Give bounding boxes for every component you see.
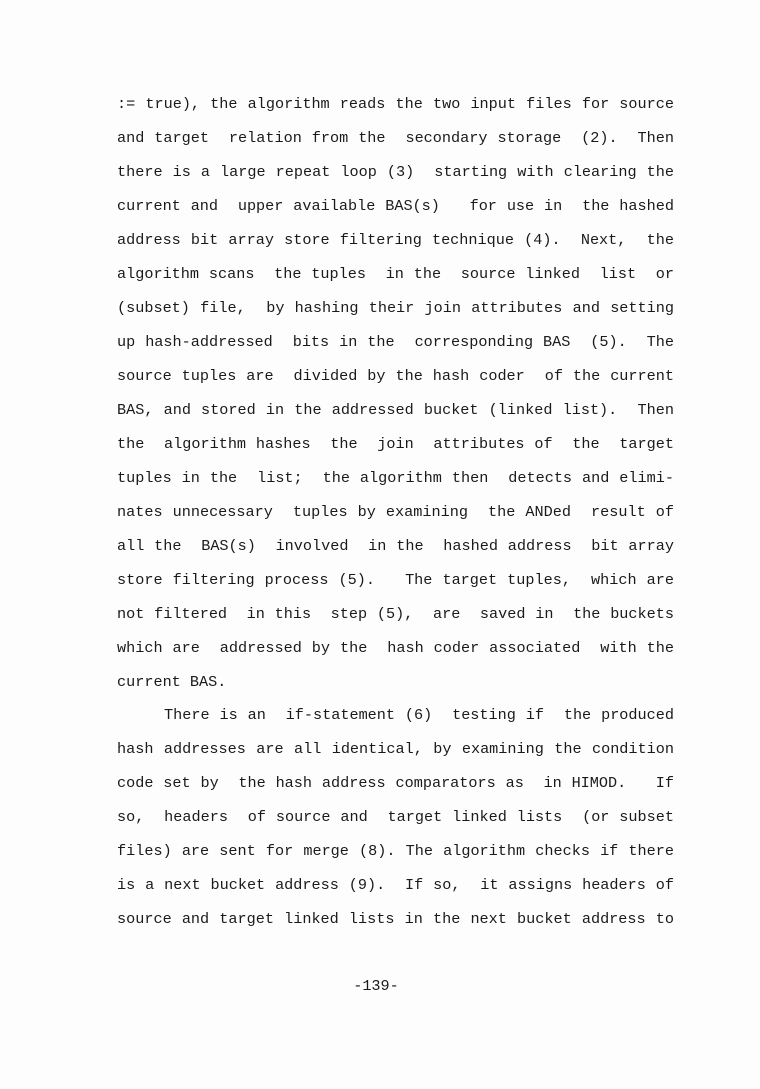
text-line: and target relation from the secondary s… <box>117 126 674 150</box>
text-line: nates unnecessary tuples by examining th… <box>117 500 674 524</box>
text-line: current BAS. <box>117 670 674 694</box>
text-line: code set by the hash address comparators… <box>117 771 674 795</box>
text-line: not filtered in this step (5), are saved… <box>117 602 674 626</box>
text-line: is a next bucket address (9). If so, it … <box>117 873 674 897</box>
text-line: so, headers of source and target linked … <box>117 805 674 829</box>
paragraph-first-line: There is an if-statement (6) testing if … <box>164 703 674 727</box>
text-line: (subset) file, by hashing their join att… <box>117 296 674 320</box>
text-line: which are addressed by the hash coder as… <box>117 636 674 660</box>
text-line: store filtering process (5). The target … <box>117 568 674 592</box>
text-line: address bit array store filtering techni… <box>117 228 674 252</box>
text-line: files) are sent for merge (8). The algor… <box>117 839 674 863</box>
text-line: tuples in the list; the algorithm then d… <box>117 466 674 490</box>
text-line: current and upper available BAS(s) for u… <box>117 194 674 218</box>
text-line: algorithm scans the tuples in the source… <box>117 262 674 286</box>
text-line: hash addresses are all identical, by exa… <box>117 737 674 761</box>
text-line: source tuples are divided by the hash co… <box>117 364 674 388</box>
text-line: there is a large repeat loop (3) startin… <box>117 160 674 184</box>
text-line: BAS, and stored in the addressed bucket … <box>117 398 674 422</box>
text-line: source and target linked lists in the ne… <box>117 907 674 931</box>
text-line: all the BAS(s) involved in the hashed ad… <box>117 534 674 558</box>
text-line: the algorithm hashes the join attributes… <box>117 432 674 456</box>
page-number: -139- <box>0 974 756 998</box>
document-page: := true), the algorithm reads the two in… <box>0 0 760 1089</box>
text-line: up hash-addressed bits in the correspond… <box>117 330 674 354</box>
text-line: := true), the algorithm reads the two in… <box>117 92 674 116</box>
